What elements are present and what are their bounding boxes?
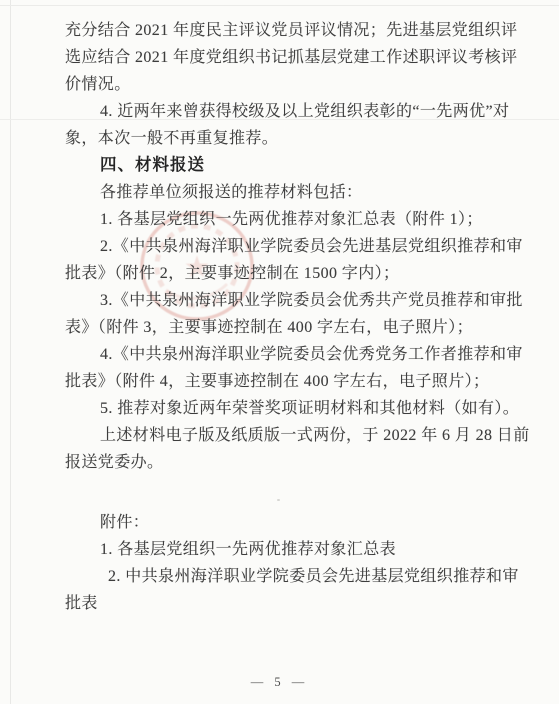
attachment-item-2: 2. 中共泉州海洋职业学院委员会先进基层党组织推荐和审 <box>0 563 559 590</box>
list-item-material-4: 4.《中共泉州海洋职业学院委员会优秀党务工作者推荐和审 <box>0 341 559 368</box>
text-line: 象，本次一般不再重复推荐。 <box>0 125 559 152</box>
text-line: 上述材料电子版及纸质版一式两份，于 2022 年 6 月 28 日前 <box>0 422 559 449</box>
list-item-material-2: 2.《中共泉州海洋职业学院委员会先进基层党组织推荐和审 <box>0 233 559 260</box>
attachments-label: 附件： <box>0 509 559 536</box>
text-line: 批表 <box>0 590 559 617</box>
blank-gap <box>0 476 559 509</box>
list-item-material-3: 3.《中共泉州海洋职业学院委员会优秀共产党员推荐和审批 <box>0 287 559 314</box>
attachment-item-1: 1. 各基层党组织一先两优推荐对象汇总表 <box>0 536 559 563</box>
text-line: 批表》（附件 4，主要事迹控制在 400 字左右，电子照片）； <box>0 368 559 395</box>
text-line: 4. 近两年来曾获得校级及以上党组织表彰的“一先两优”对 <box>0 98 559 125</box>
text-line: 表》（附件 3，主要事迹控制在 400 字左右，电子照片）； <box>0 314 559 341</box>
text-line: 批表》（附件 2，主要事迹控制在 1500 字内）； <box>0 260 559 287</box>
scan-artifact-horizontal-line-top <box>0 5 559 6</box>
text-line: 充分结合 2021 年度民主评议党员评议情况；先进基层党组织评 <box>0 17 559 44</box>
text-line: 选应结合 2021 年度党组织书记抓基层党建工作述职评议考核评 <box>0 44 559 71</box>
text-line: 报送党委办。 <box>0 449 559 476</box>
list-item-material-1: 1. 各基层党组织一先两优推荐对象汇总表（附件 1）； <box>0 206 559 233</box>
scanned-document-page: ★ 充分结合 2021 年度民主评议党员评议情况；先进基层党组织评 选应结合 2… <box>0 0 559 704</box>
text-line: 各推荐单位须报送的推荐材料包括： <box>0 179 559 206</box>
document-body: 充分结合 2021 年度民主评议党员评议情况；先进基层党组织评 选应结合 202… <box>0 17 559 617</box>
page-number: — 5 — <box>0 675 559 690</box>
list-item-material-5: 5. 推荐对象近两年荣誉奖项证明材料和其他材料（如有）。 <box>0 395 559 422</box>
section-heading-material-submission: 四、材料报送 <box>0 152 559 179</box>
text-line: 价情况。 <box>0 71 559 98</box>
